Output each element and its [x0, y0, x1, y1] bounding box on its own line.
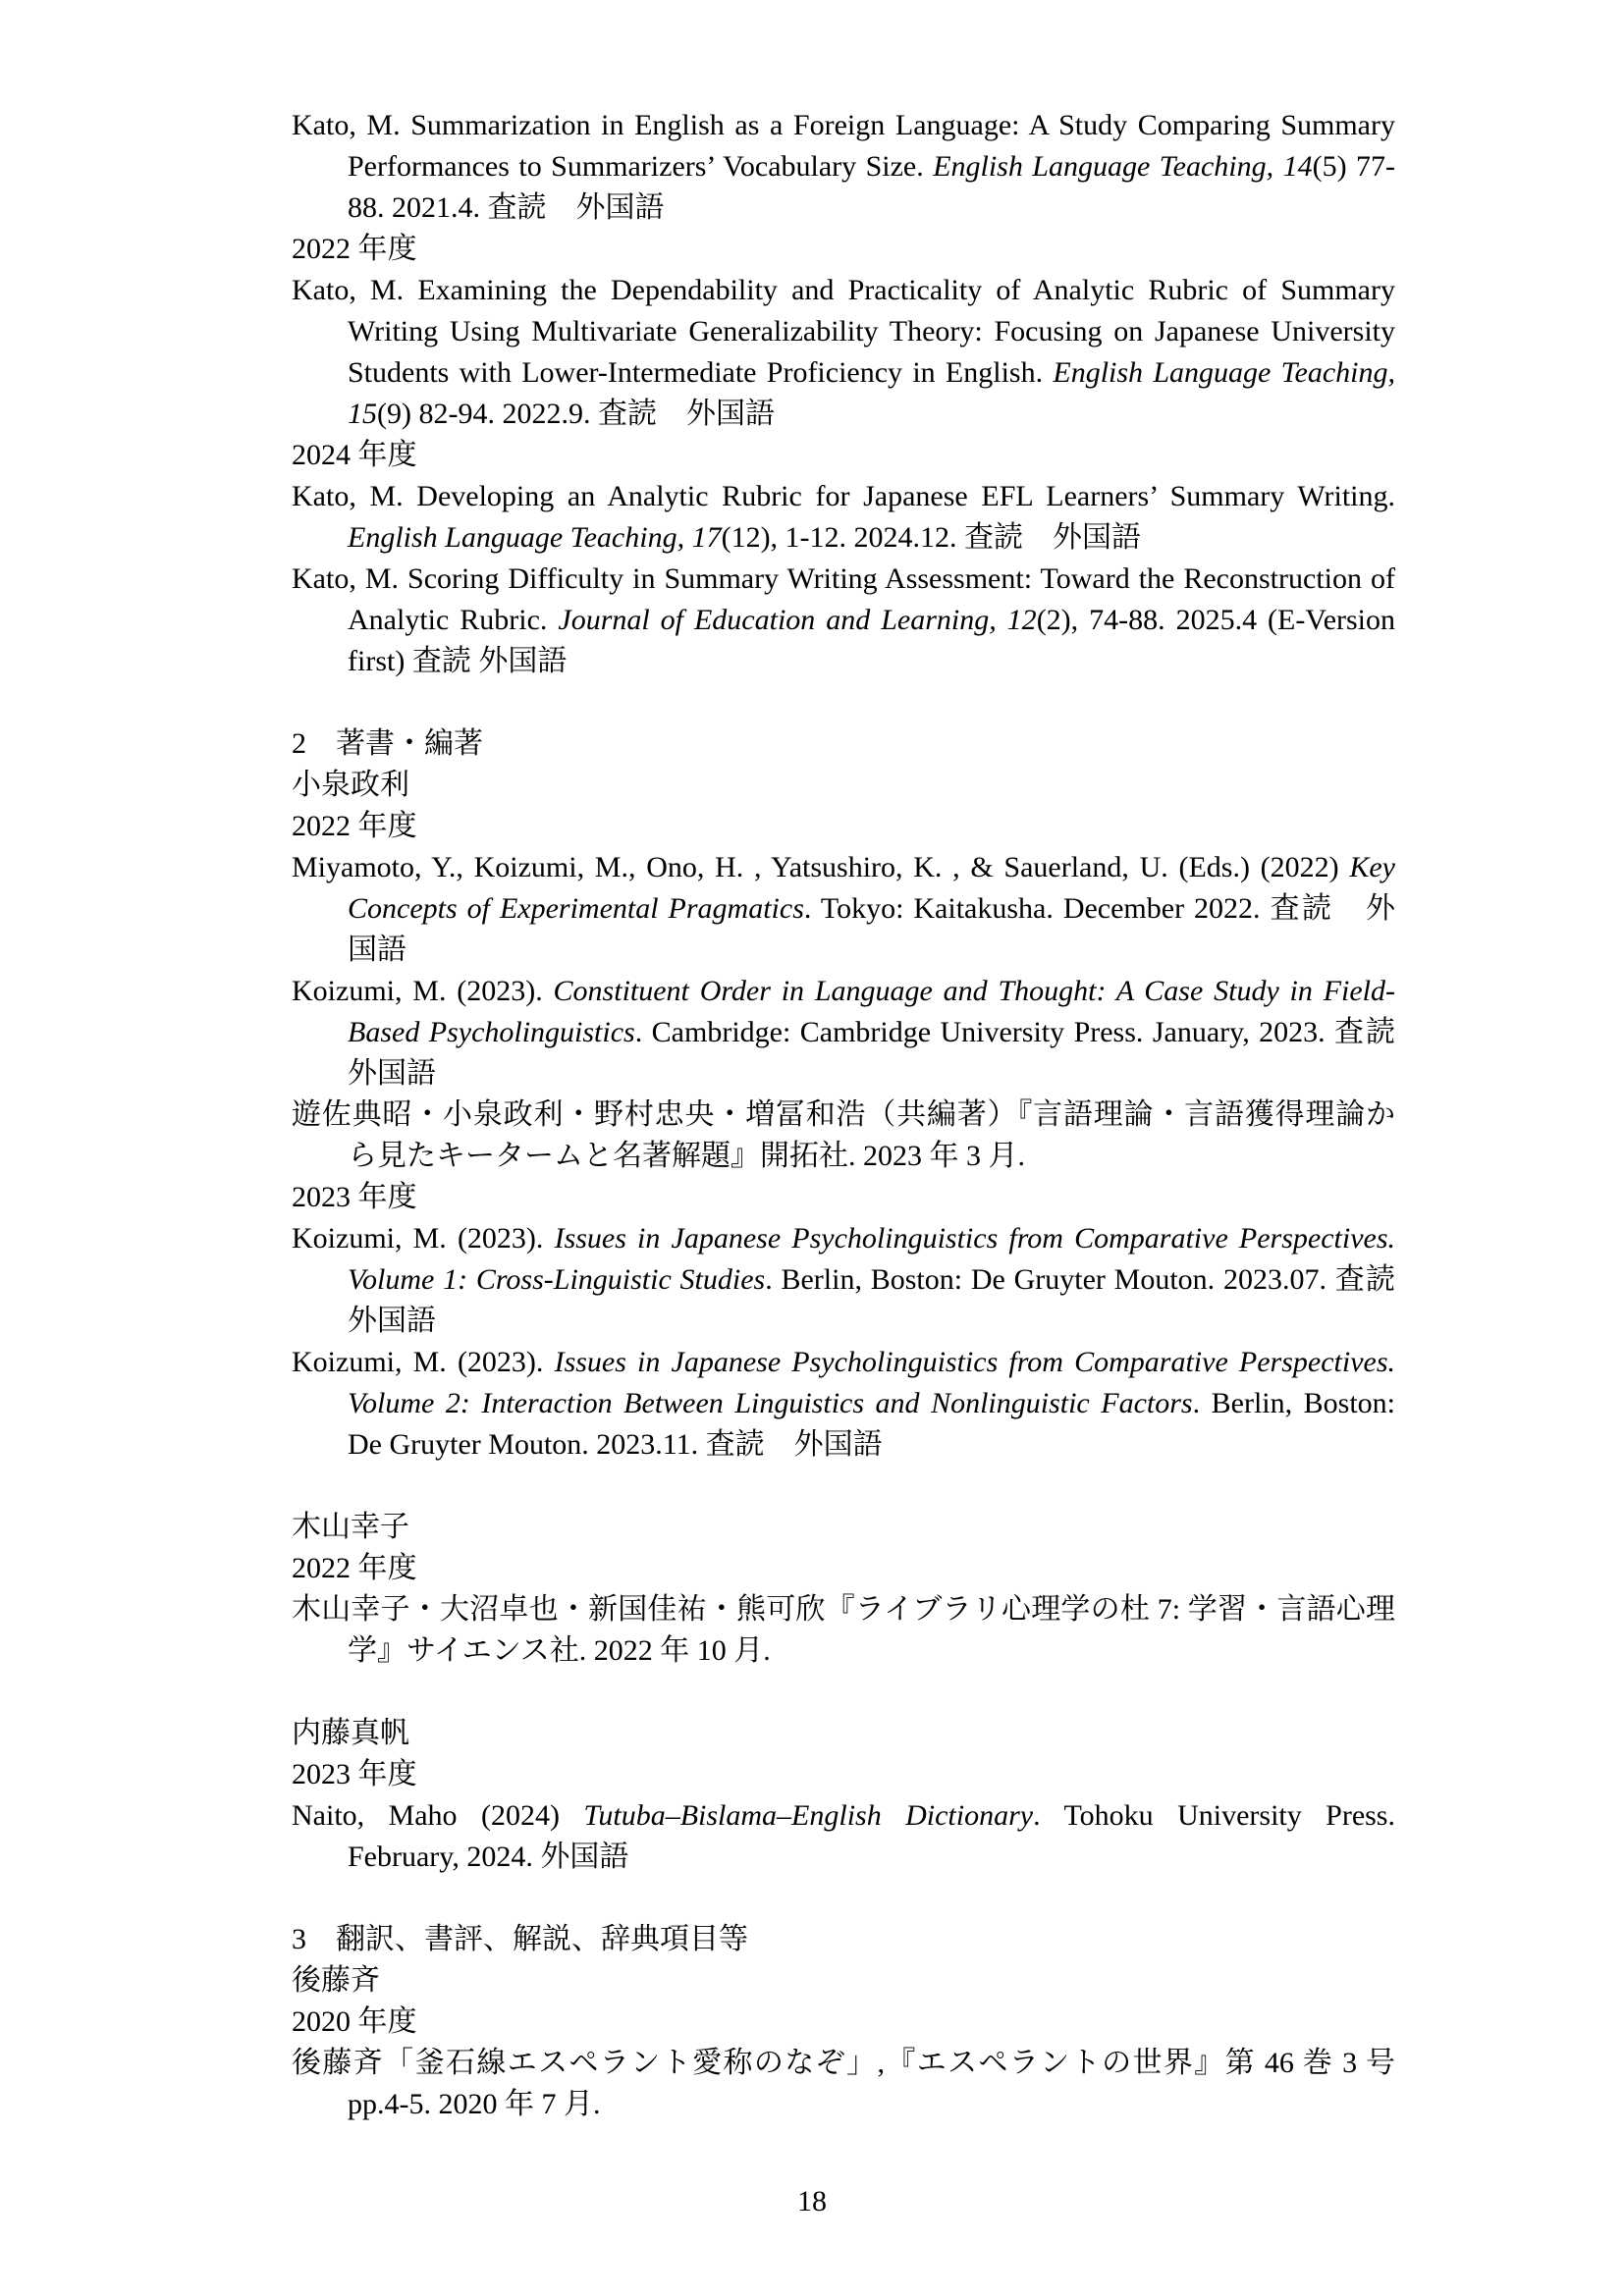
text-run: 遊佐典昭・小泉政利・野村忠央・増冨和浩（共編著）『言語理論・言語獲得理論から見た…: [292, 1098, 1395, 1172]
text-run: Naito, Maho (2024): [292, 1799, 583, 1832]
fiscal-year-heading: 2023 年度: [292, 1177, 1395, 1218]
blank-line: [292, 1672, 1395, 1713]
text-run: Kato, M. Developing an Analytic Rubric f…: [292, 480, 1395, 512]
document-body: Kato, M. Summarization in English as a F…: [292, 105, 1395, 2125]
text-run: (9) 82-94. 2022.9. 査読 外国語: [377, 398, 775, 430]
italic-title-run: English Language Teaching, 14: [933, 150, 1312, 183]
blank-line: [292, 1878, 1395, 1919]
reference-entry: Kato, M. Scoring Difficulty in Summary W…: [292, 559, 1395, 682]
blank-line: [292, 682, 1395, 723]
fiscal-year-heading: 2020 年度: [292, 2002, 1395, 2043]
text-run: Miyamoto, Y., Koizumi, M., Ono, H. , Yat…: [292, 851, 1349, 883]
blank-line: [292, 1466, 1395, 1507]
author-name: 木山幸子: [292, 1507, 1395, 1548]
italic-title-run: English Language Teaching, 17: [348, 521, 722, 554]
fiscal-year-heading: 2022 年度: [292, 806, 1395, 847]
reference-entry: Kato, M. Examining the Dependability and…: [292, 270, 1395, 435]
italic-title-run: Tutuba–Bislama–English Dictionary: [583, 1799, 1033, 1832]
section-heading: 3 翻訳、書評、解説、辞典項目等: [292, 1919, 1395, 1960]
section-heading: 2 著書・編著: [292, 723, 1395, 765]
reference-entry: Naito, Maho (2024) Tutuba–Bislama–Englis…: [292, 1795, 1395, 1878]
reference-entry: Koizumi, M. (2023). Issues in Japanese P…: [292, 1342, 1395, 1466]
reference-entry: Kato, M. Developing an Analytic Rubric f…: [292, 476, 1395, 559]
italic-title-run: Journal of Education and Learning, 12: [558, 604, 1036, 636]
author-name: 小泉政利: [292, 765, 1395, 806]
text-run: Koizumi, M. (2023).: [292, 1222, 555, 1255]
reference-entry: Kato, M. Summarization in English as a F…: [292, 105, 1395, 229]
text-run: Koizumi, M. (2023).: [292, 975, 554, 1007]
reference-entry: 遊佐典昭・小泉政利・野村忠央・増冨和浩（共編著）『言語理論・言語獲得理論から見た…: [292, 1095, 1395, 1177]
reference-entry: 木山幸子・大沼卓也・新国佳祐・熊可欣『ライブラリ心理学の杜 7: 学習・言語心理…: [292, 1589, 1395, 1672]
reference-entry: Koizumi, M. (2023). Constituent Order in…: [292, 971, 1395, 1095]
author-name: 後藤斉: [292, 1960, 1395, 2002]
reference-entry: Koizumi, M. (2023). Issues in Japanese P…: [292, 1218, 1395, 1342]
text-run: Koizumi, M. (2023).: [292, 1346, 555, 1378]
fiscal-year-heading: 2023 年度: [292, 1754, 1395, 1795]
text-run: 後藤斉「釜石線エスペラント愛称のなぞ」,『エスペラントの世界』第 46 巻 3 …: [292, 2047, 1395, 2120]
text-run: (12), 1-12. 2024.12. 査読 外国語: [722, 521, 1141, 554]
document-page: Kato, M. Summarization in English as a F…: [0, 0, 1624, 2296]
fiscal-year-heading: 2024 年度: [292, 435, 1395, 476]
reference-entry: 後藤斉「釜石線エスペラント愛称のなぞ」,『エスペラントの世界』第 46 巻 3 …: [292, 2043, 1395, 2125]
page-number: 18: [0, 2181, 1624, 2222]
text-run: 木山幸子・大沼卓也・新国佳祐・熊可欣『ライブラリ心理学の杜 7: 学習・言語心理…: [292, 1593, 1395, 1667]
author-name: 内藤真帆: [292, 1713, 1395, 1754]
fiscal-year-heading: 2022 年度: [292, 1548, 1395, 1589]
fiscal-year-heading: 2022 年度: [292, 229, 1395, 270]
reference-entry: Miyamoto, Y., Koizumi, M., Ono, H. , Yat…: [292, 847, 1395, 971]
